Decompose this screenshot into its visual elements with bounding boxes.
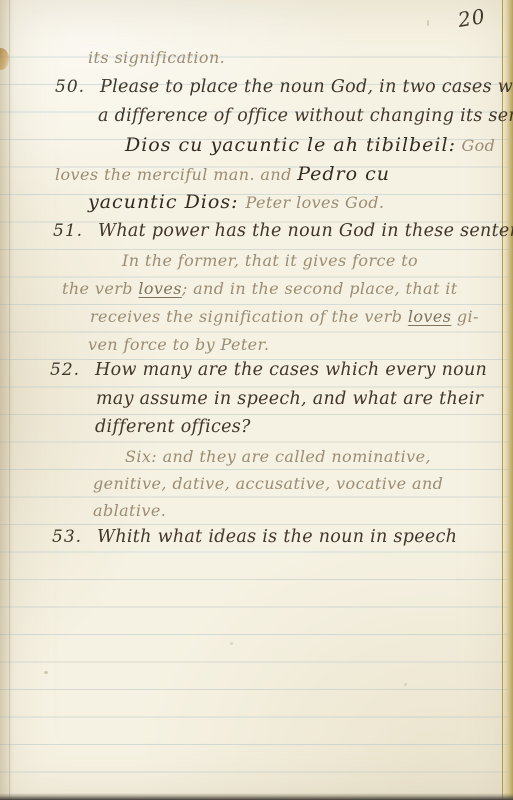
text-segment: Please to place the noun God, in two cas… xyxy=(100,77,513,97)
manuscript-lines: its signification.50.Please to place the… xyxy=(0,0,513,800)
text-segment: its signification. xyxy=(88,48,225,67)
text-segment: loves xyxy=(408,307,451,326)
text-segment: How many are the cases which every noun xyxy=(95,360,487,380)
text-segment: Dios cu yacuntic le ah tibilbeil: xyxy=(125,134,456,156)
text-segment: loves the merciful man. and xyxy=(55,165,297,184)
text-segment: In the former, that it gives force to xyxy=(122,251,418,270)
text-segment: gi- xyxy=(451,307,478,326)
manuscript-line: Six: and they are called nominative, xyxy=(125,449,431,465)
text-segment: Pedro cu xyxy=(297,163,390,185)
manuscript-line: different offices? xyxy=(95,419,251,437)
question-number: 50. xyxy=(55,77,85,97)
manuscript-line: 53.Whith what ideas is the noun in speec… xyxy=(52,529,457,547)
question-number: 52. xyxy=(50,360,80,380)
manuscript-line: genitive, dative, accusative, vocative a… xyxy=(93,476,443,492)
text-segment: ablative. xyxy=(93,501,166,520)
manuscript-line: ven force to by Peter. xyxy=(88,337,269,353)
manuscript-line: Dios cu yacuntic le ah tibilbeil: God xyxy=(125,136,495,155)
manuscript-line: receives the signification of the verb l… xyxy=(90,309,479,325)
manuscript-line: the verb loves; and in the second place,… xyxy=(62,281,458,297)
text-segment: ven force to by Peter. xyxy=(88,335,269,354)
text-segment: loves xyxy=(138,279,181,298)
text-segment: different offices? xyxy=(95,417,251,437)
text-segment: the verb xyxy=(62,279,138,298)
text-segment: may assume in speech, and what are their xyxy=(96,389,483,409)
manuscript-line: its signification. xyxy=(88,50,225,66)
text-segment: Six: and they are called nominative, xyxy=(125,447,431,466)
text-segment: What power has the noun God in these sen… xyxy=(98,221,513,241)
manuscript-line: a difference of office without changing … xyxy=(98,108,513,126)
manuscript-line: 50.Please to place the noun God, in two … xyxy=(55,79,513,97)
notebook-page: 20 its signification.50.Please to place … xyxy=(0,0,513,800)
manuscript-line: ablative. xyxy=(93,503,166,519)
question-number: 53. xyxy=(52,527,82,547)
text-segment: a difference of office without changing … xyxy=(98,106,513,126)
manuscript-line: In the former, that it gives force to xyxy=(122,253,418,269)
text-segment: genitive, dative, accusative, vocative a… xyxy=(93,474,443,493)
manuscript-line: yacuntic Dios: Peter loves God. xyxy=(88,193,384,212)
text-segment: Peter loves God. xyxy=(246,193,385,212)
manuscript-line: 51.What power has the noun God in these … xyxy=(53,223,513,241)
manuscript-line: 52.How many are the cases which every no… xyxy=(50,362,487,380)
text-segment: God xyxy=(456,136,495,155)
text-segment: yacuntic Dios: xyxy=(88,191,246,213)
text-segment: receives the signification of the verb xyxy=(90,307,408,326)
manuscript-line: may assume in speech, and what are their xyxy=(96,391,483,409)
text-segment: Whith what ideas is the noun in speech xyxy=(97,527,457,547)
question-number: 51. xyxy=(53,221,83,241)
manuscript-line: loves the merciful man. and Pedro cu xyxy=(55,165,390,184)
text-segment: ; and in the second place, that it xyxy=(182,279,458,298)
